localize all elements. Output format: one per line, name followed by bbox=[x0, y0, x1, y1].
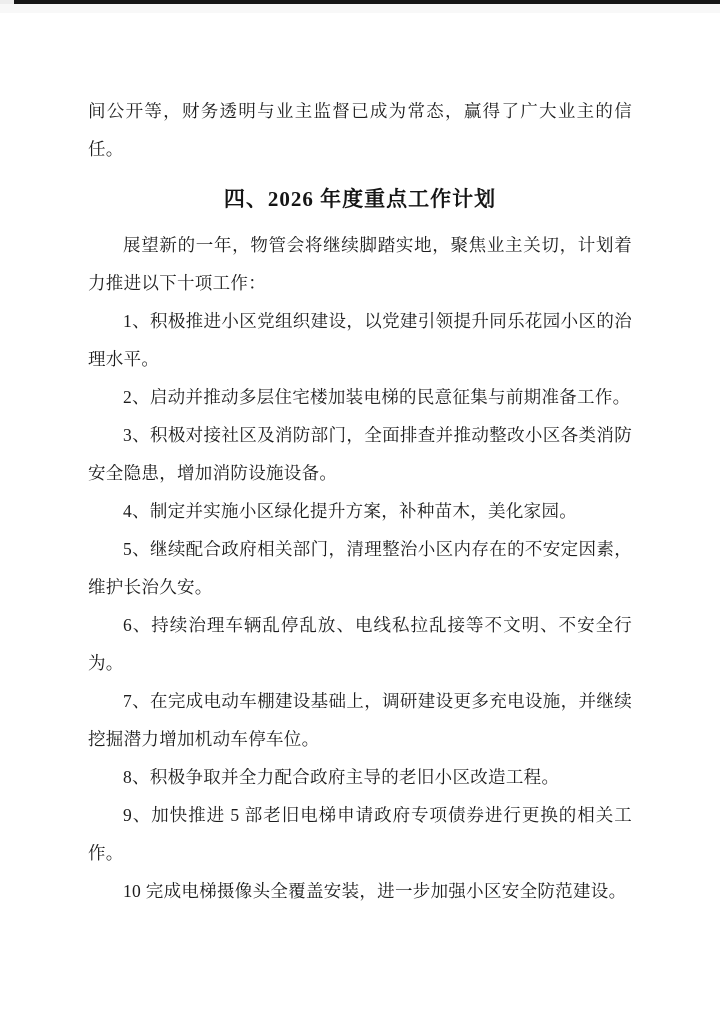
plan-item-1: 1、积极推进小区党组织建设，以党建引领提升同乐花园小区的治理水平。 bbox=[88, 302, 632, 378]
document-page: 间公开等，财务透明与业主监督已成为常态，赢得了广大业主的信任。 四、2026 年… bbox=[0, 0, 720, 1027]
plan-item-2: 2、启动并推动多层住宅楼加装电梯的民意征集与前期准备工作。 bbox=[88, 378, 632, 416]
plan-item-5: 5、继续配合政府相关部门，清理整治小区内存在的不安定因素，维护长治久安。 bbox=[88, 530, 632, 606]
lead-paragraph: 展望新的一年，物管会将继续脚踏实地，聚焦业主关切，计划着力推进以下十项工作： bbox=[88, 226, 632, 302]
plan-item-10: 10 完成电梯摄像头全覆盖安装，进一步加强小区安全防范建设。 bbox=[88, 872, 632, 910]
section-heading: 四、2026 年度重点工作计划 bbox=[88, 180, 632, 218]
plan-item-4: 4、制定并实施小区绿化提升方案，补种苗木，美化家园。 bbox=[88, 492, 632, 530]
scan-edge-shadow bbox=[0, 4, 720, 13]
plan-item-7: 7、在完成电动车棚建设基础上，调研建设更多充电设施，并继续挖掘潜力增加机动车停车… bbox=[88, 682, 632, 758]
plan-item-8: 8、积极争取并全力配合政府主导的老旧小区改造工程。 bbox=[88, 758, 632, 796]
plan-item-9: 9、加快推进 5 部老旧电梯申请政府专项债券进行更换的相关工作。 bbox=[88, 796, 632, 872]
plan-item-3: 3、积极对接社区及消防部门，全面排查并推动整改小区各类消防安全隐患，增加消防设施… bbox=[88, 416, 632, 492]
continuation-line: 间公开等，财务透明与业主监督已成为常态，赢得了广大业主的信任。 bbox=[88, 92, 632, 168]
document-content: 间公开等，财务透明与业主监督已成为常态，赢得了广大业主的信任。 四、2026 年… bbox=[88, 92, 632, 910]
plan-item-6: 6、持续治理车辆乱停乱放、电线私拉乱接等不文明、不安全行为。 bbox=[88, 606, 632, 682]
